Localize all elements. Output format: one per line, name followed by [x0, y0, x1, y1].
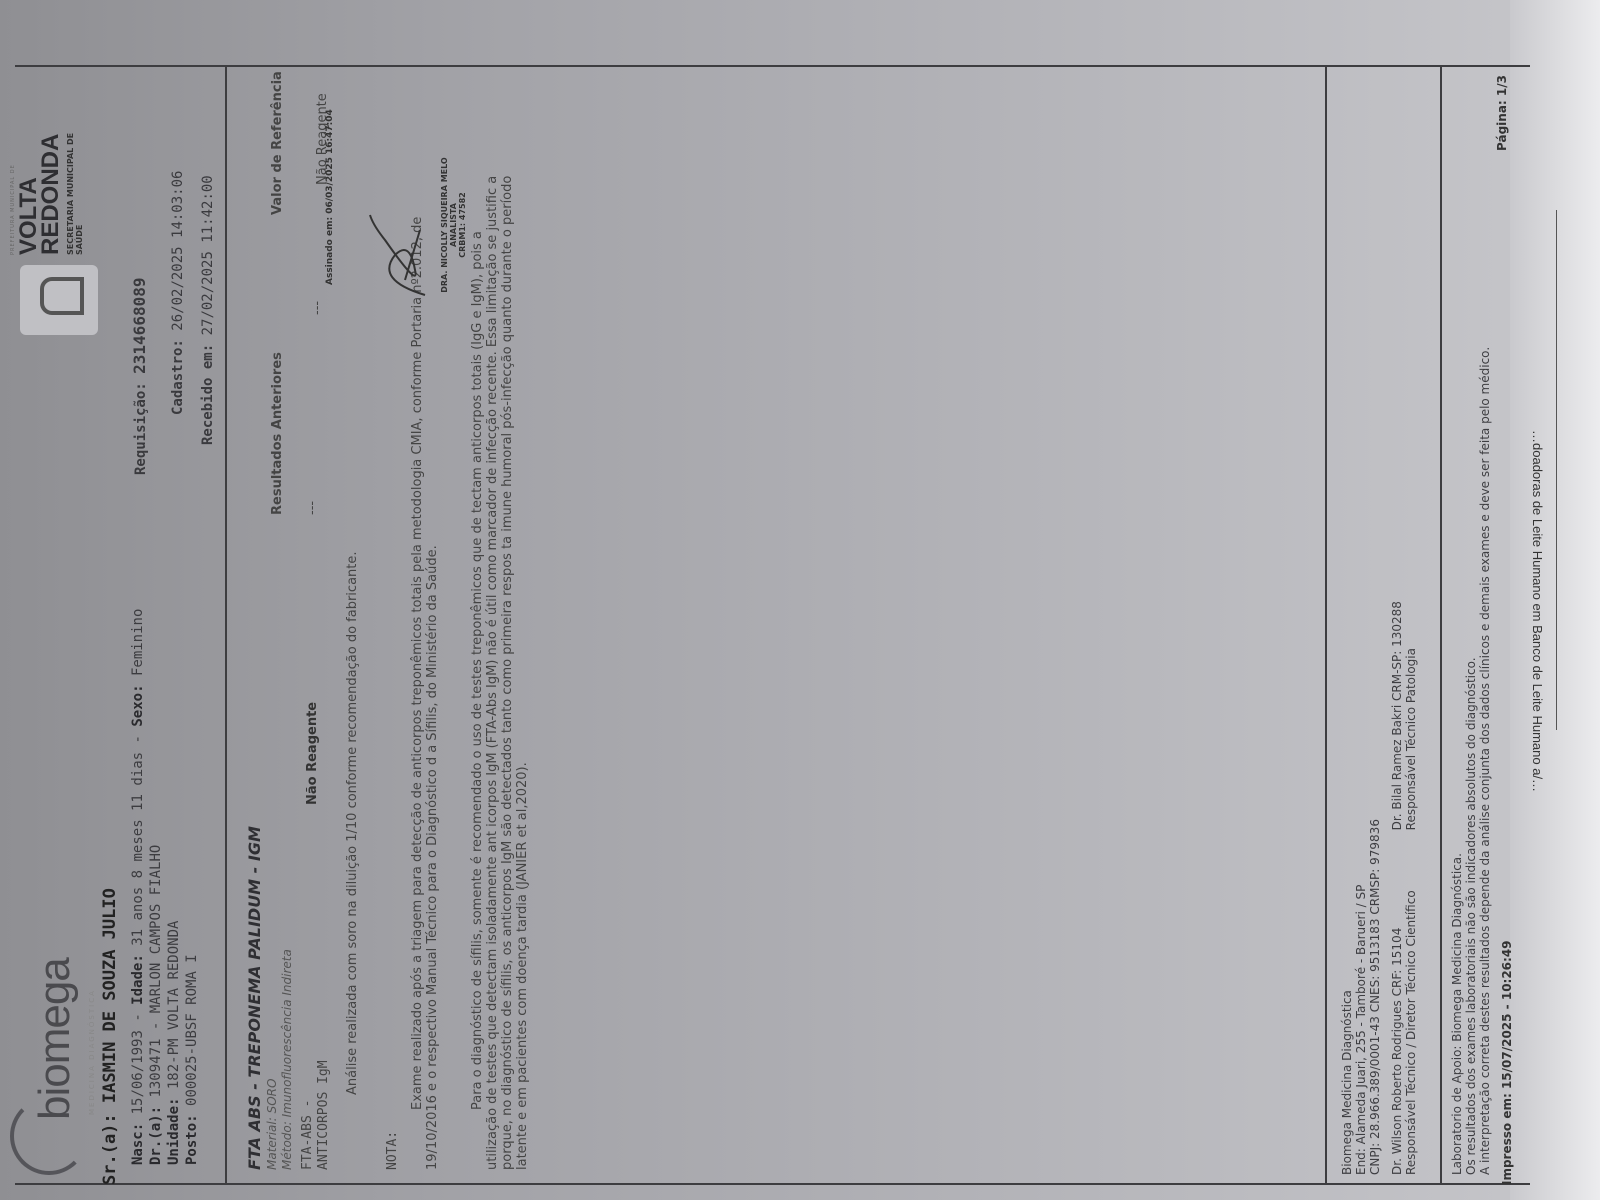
volta-redonda-coat-of-arms-icon — [20, 265, 98, 335]
exam-method: Método: Imunofluorescência Indireta — [280, 949, 294, 1170]
report-frame — [15, 65, 1530, 1185]
footer-disclaimer: Laboratorio de Apoio: Biomega Medicina D… — [1450, 95, 1492, 1175]
patient-name: Sr.(a): IASMIN DE SOUZA JULIO — [100, 888, 120, 1185]
patient-unit: Unidade: 182-PM VOLTA REDONDA — [166, 921, 182, 1165]
previous-result-1: --- — [305, 501, 320, 515]
exam-material: Material: SORO — [265, 1079, 279, 1170]
signature-icon — [365, 210, 435, 300]
exam-row-label: FTA-ABS - — [300, 1100, 315, 1170]
exam-title: FTA ABS - TREPONEMA PALIDUM - IGM — [245, 826, 264, 1170]
previous-result-2: --- — [310, 301, 325, 315]
patient-birth-age-sex: Nasc: 15/06/1993 - Idade: 31 anos 8 mese… — [130, 609, 146, 1165]
biomega-logo: biomega — [30, 958, 80, 1120]
patient-post: Posto: 000025-UBSF ROMA I — [184, 954, 200, 1165]
nota-label: NOTA: — [385, 170, 400, 1170]
nota-paragraph-2: Para o diagnóstico de sífilis, somente é… — [470, 170, 530, 1170]
request-number: Requisição: 2314668089 — [130, 278, 149, 475]
analysis-note: Análise realizada com soro na diluição 1… — [345, 95, 360, 1095]
partner-subtitle: SECRETARIA MUNICIPAL DE SAÚDE — [66, 105, 84, 255]
nota-paragraph-1: Exame realizado após a triagem para dete… — [410, 170, 440, 1170]
footer-company: Biomega Medicina Diagnóstica End: Alamed… — [1340, 95, 1418, 1175]
printed-at: Impresso em: 15/07/2025 - 10:26:49 — [1500, 940, 1514, 1185]
lab-report-sheet: biomega MEDICINA DIAGNÓSTICA PREFEITURA … — [0, 45, 1540, 1195]
footer-divider — [1325, 65, 1327, 1185]
request-received: Recebido em: 27/02/2025 11:42:00 — [200, 175, 216, 445]
biomega-logo-subtitle: MEDICINA DIAGNÓSTICA — [88, 989, 96, 1115]
signed-at: Assinado em: 06/03/2025 16:47:04 — [325, 109, 335, 285]
partner-title: VOLTA REDONDA — [18, 105, 62, 255]
page-number: Página: 1/3 — [1495, 75, 1509, 151]
request-cadastro: Cadastro: 26/02/2025 14:03:06 — [170, 171, 186, 415]
exam-result: Não Reagente — [305, 702, 320, 805]
column-reference-value: Valor de Referência — [270, 71, 285, 215]
footer-divider-2 — [1440, 65, 1442, 1185]
signer-block: DRA. NICOLLY SIQUEIRA MELO ANALISTA CRBM… — [440, 135, 467, 315]
exam-row-label-2: ANTICORPOS IgM — [316, 1060, 331, 1170]
header-divider — [225, 65, 227, 1185]
patient-doctor: Dr.(a): 1309471 - MARLON CAMPOS FIALHO — [148, 845, 164, 1165]
background-paper-edge — [1556, 210, 1557, 730]
column-previous-results: Resultados Anteriores — [270, 352, 285, 515]
